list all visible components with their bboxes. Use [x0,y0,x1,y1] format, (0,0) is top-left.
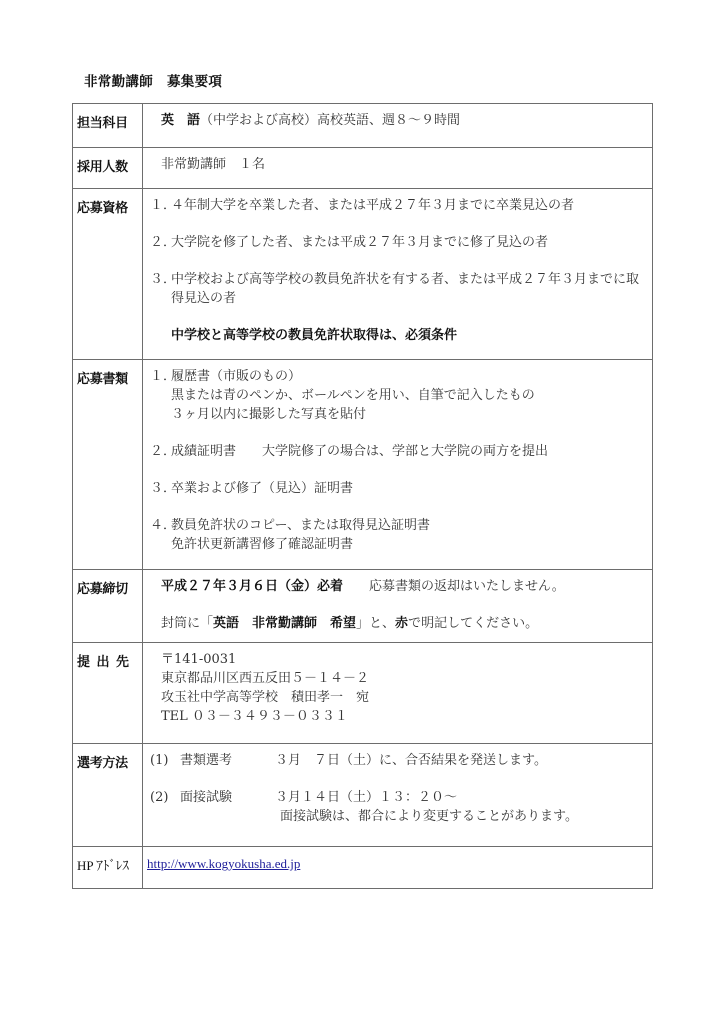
row-selection: 選考方法 (1)書類選考３月 ７日（土）に、合否結果を発送します。 (2)面接試… [73,744,653,847]
recipient: 攻玉社中学高等学校 積田孝一 宛 [161,688,652,707]
document-item: ３． 卒業および修了（見込）証明書 [150,479,652,498]
subject-content: 英 語（中学および高校）高校英語、週８～９時間 [143,104,653,148]
row-deadline: 応募締切 平成２７年３月６日（金）必着応募書類の返却はいたしません。 封筒に「英… [73,570,653,643]
no-return-note: 応募書類の返却はいたしません。 [369,579,565,594]
document-title: 非常勤講師募集要項 [84,70,222,90]
item-number: １． [150,367,176,386]
step-title: 書類選考 [180,751,275,770]
documents-content: １． 履歴書（市販のもの） 黒または青のペンか、ボールペンを用い、自筆で記入した… [143,360,653,570]
title-part1: 非常勤講師 [84,74,153,90]
label-qualification: 応募資格 [73,189,143,360]
submit-to-content: 〒141-0031 東京都品川区西五反田５－１４－２ 攻玉社中学高等学校 積田孝… [143,643,653,744]
item-number: ２． [150,233,176,252]
deadline-content: 平成２７年３月６日（金）必着応募書類の返却はいたしません。 封筒に「英語 非常勤… [143,570,653,643]
row-homepage: HP ｱﾄﾞﾚｽ http://www.kogyokusha.ed.jp [73,847,653,889]
envelope-mark: 英語 非常勤講師 希望 [213,616,356,631]
step-detail: ３月１４日（土）１３：２０～ [275,790,457,805]
document-item: １． 履歴書（市販のもの） 黒または青のペンか、ボールペンを用い、自筆で記入した… [150,367,652,424]
qualification-content: １． ４年制大学を卒業した者、または平成２７年３月までに卒業見込の者 ２． 大学… [143,189,653,360]
row-qualification: 応募資格 １． ４年制大学を卒業した者、または平成２７年３月までに卒業見込の者 … [73,189,653,360]
envelope-prefix: 封筒に「 [161,616,213,631]
step-title: 面接試験 [180,788,275,807]
item-text: 大学院を修了した者、または平成２７年３月までに修了見込の者 [171,235,548,250]
required-condition-note: 中学校と高等学校の教員免許状取得は、必須条件 [150,326,652,345]
envelope-red-word: 赤 [395,616,408,631]
qualification-item: １． ４年制大学を卒業した者、または平成２７年３月までに卒業見込の者 [150,196,652,215]
item-line: 成績証明書 大学院修了の場合は、学部と大学院の両方を提出 [171,442,652,461]
label-selection: 選考方法 [73,744,143,847]
item-line: 履歴書（市販のもの） [171,367,652,386]
label-submit-to: 提 出 先 [73,643,143,744]
item-number: ３． [150,270,176,289]
row-submit-to: 提 出 先 〒141-0031 東京都品川区西五反田５－１４－２ 攻玉社中学高等… [73,643,653,744]
item-line: 免許状更新講習修了確認証明書 [171,535,652,554]
hires-value: 非常勤講師 １名 [143,148,653,189]
postal-code: 〒141-0031 [161,650,652,669]
item-line: 卒業および修了（見込）証明書 [171,479,652,498]
label-homepage: HP ｱﾄﾞﾚｽ [73,847,143,889]
qualification-item: ３． 中学校および高等学校の教員免許状を有する者、または平成２７年３月までに取得… [150,270,652,308]
item-text: ４年制大学を卒業した者、または平成２７年３月までに卒業見込の者 [171,198,574,213]
subject-language: 英 語 [161,113,200,128]
item-line: 教員免許状のコピー、または取得見込証明書 [171,516,652,535]
homepage-link[interactable]: http://www.kogyokusha.ed.jp [147,856,300,871]
selection-step: (2)面接試験３月１４日（土）１３：２０～ [150,788,652,807]
item-number: ４． [150,516,176,535]
item-number: ３． [150,479,176,498]
telephone: TEL ０３－３４９３－０３３１ [161,707,652,726]
selection-step: (1)書類選考３月 ７日（土）に、合否結果を発送します。 [150,751,652,770]
homepage-content: http://www.kogyokusha.ed.jp [143,847,653,889]
address: 東京都品川区西五反田５－１４－２ [161,669,652,688]
recruitment-table: 担当科目 英 語（中学および高校）高校英語、週８～９時間 採用人数 非常勤講師 … [72,103,653,889]
label-documents: 応募書類 [73,360,143,570]
item-number: １． [150,196,176,215]
interview-change-note: 面接試験は、都合により変更することがあります。 [150,807,652,826]
subject-detail: （中学および高校）高校英語、週８～９時間 [200,113,460,128]
deadline-date: 平成２７年３月６日（金）必着 [161,579,343,594]
item-text: 中学校および高等学校の教員免許状を有する者、または平成２７年３月までに取得見込の… [171,272,639,306]
item-line: ３ヶ月以内に撮影した写真を貼付 [171,405,652,424]
row-subject: 担当科目 英 語（中学および高校）高校英語、週８～９時間 [73,104,653,148]
label-subject: 担当科目 [73,104,143,148]
title-part2: 募集要項 [167,74,222,90]
item-line: 黒または青のペンか、ボールペンを用い、自筆で記入したもの [171,386,652,405]
envelope-mid: 」と、 [356,616,395,631]
row-documents: 応募書類 １． 履歴書（市販のもの） 黒または青のペンか、ボールペンを用い、自筆… [73,360,653,570]
step-number: (1) [150,751,180,770]
qualification-item: ２． 大学院を修了した者、または平成２７年３月までに修了見込の者 [150,233,652,252]
label-deadline: 応募締切 [73,570,143,643]
envelope-suffix: で明記してください。 [408,616,538,631]
label-hires: 採用人数 [73,148,143,189]
selection-content: (1)書類選考３月 ７日（土）に、合否結果を発送します。 (2)面接試験３月１４… [143,744,653,847]
step-detail: ３月 ７日（土）に、合否結果を発送します。 [275,753,547,768]
step-number: (2) [150,788,180,807]
envelope-instruction: 封筒に「英語 非常勤講師 希望」と、赤で明記してください。 [161,614,652,633]
item-number: ２． [150,442,176,461]
document-item: ２． 成績証明書 大学院修了の場合は、学部と大学院の両方を提出 [150,442,652,461]
row-hires: 採用人数 非常勤講師 １名 [73,148,653,189]
document-item: ４． 教員免許状のコピー、または取得見込証明書 免許状更新講習修了確認証明書 [150,516,652,554]
